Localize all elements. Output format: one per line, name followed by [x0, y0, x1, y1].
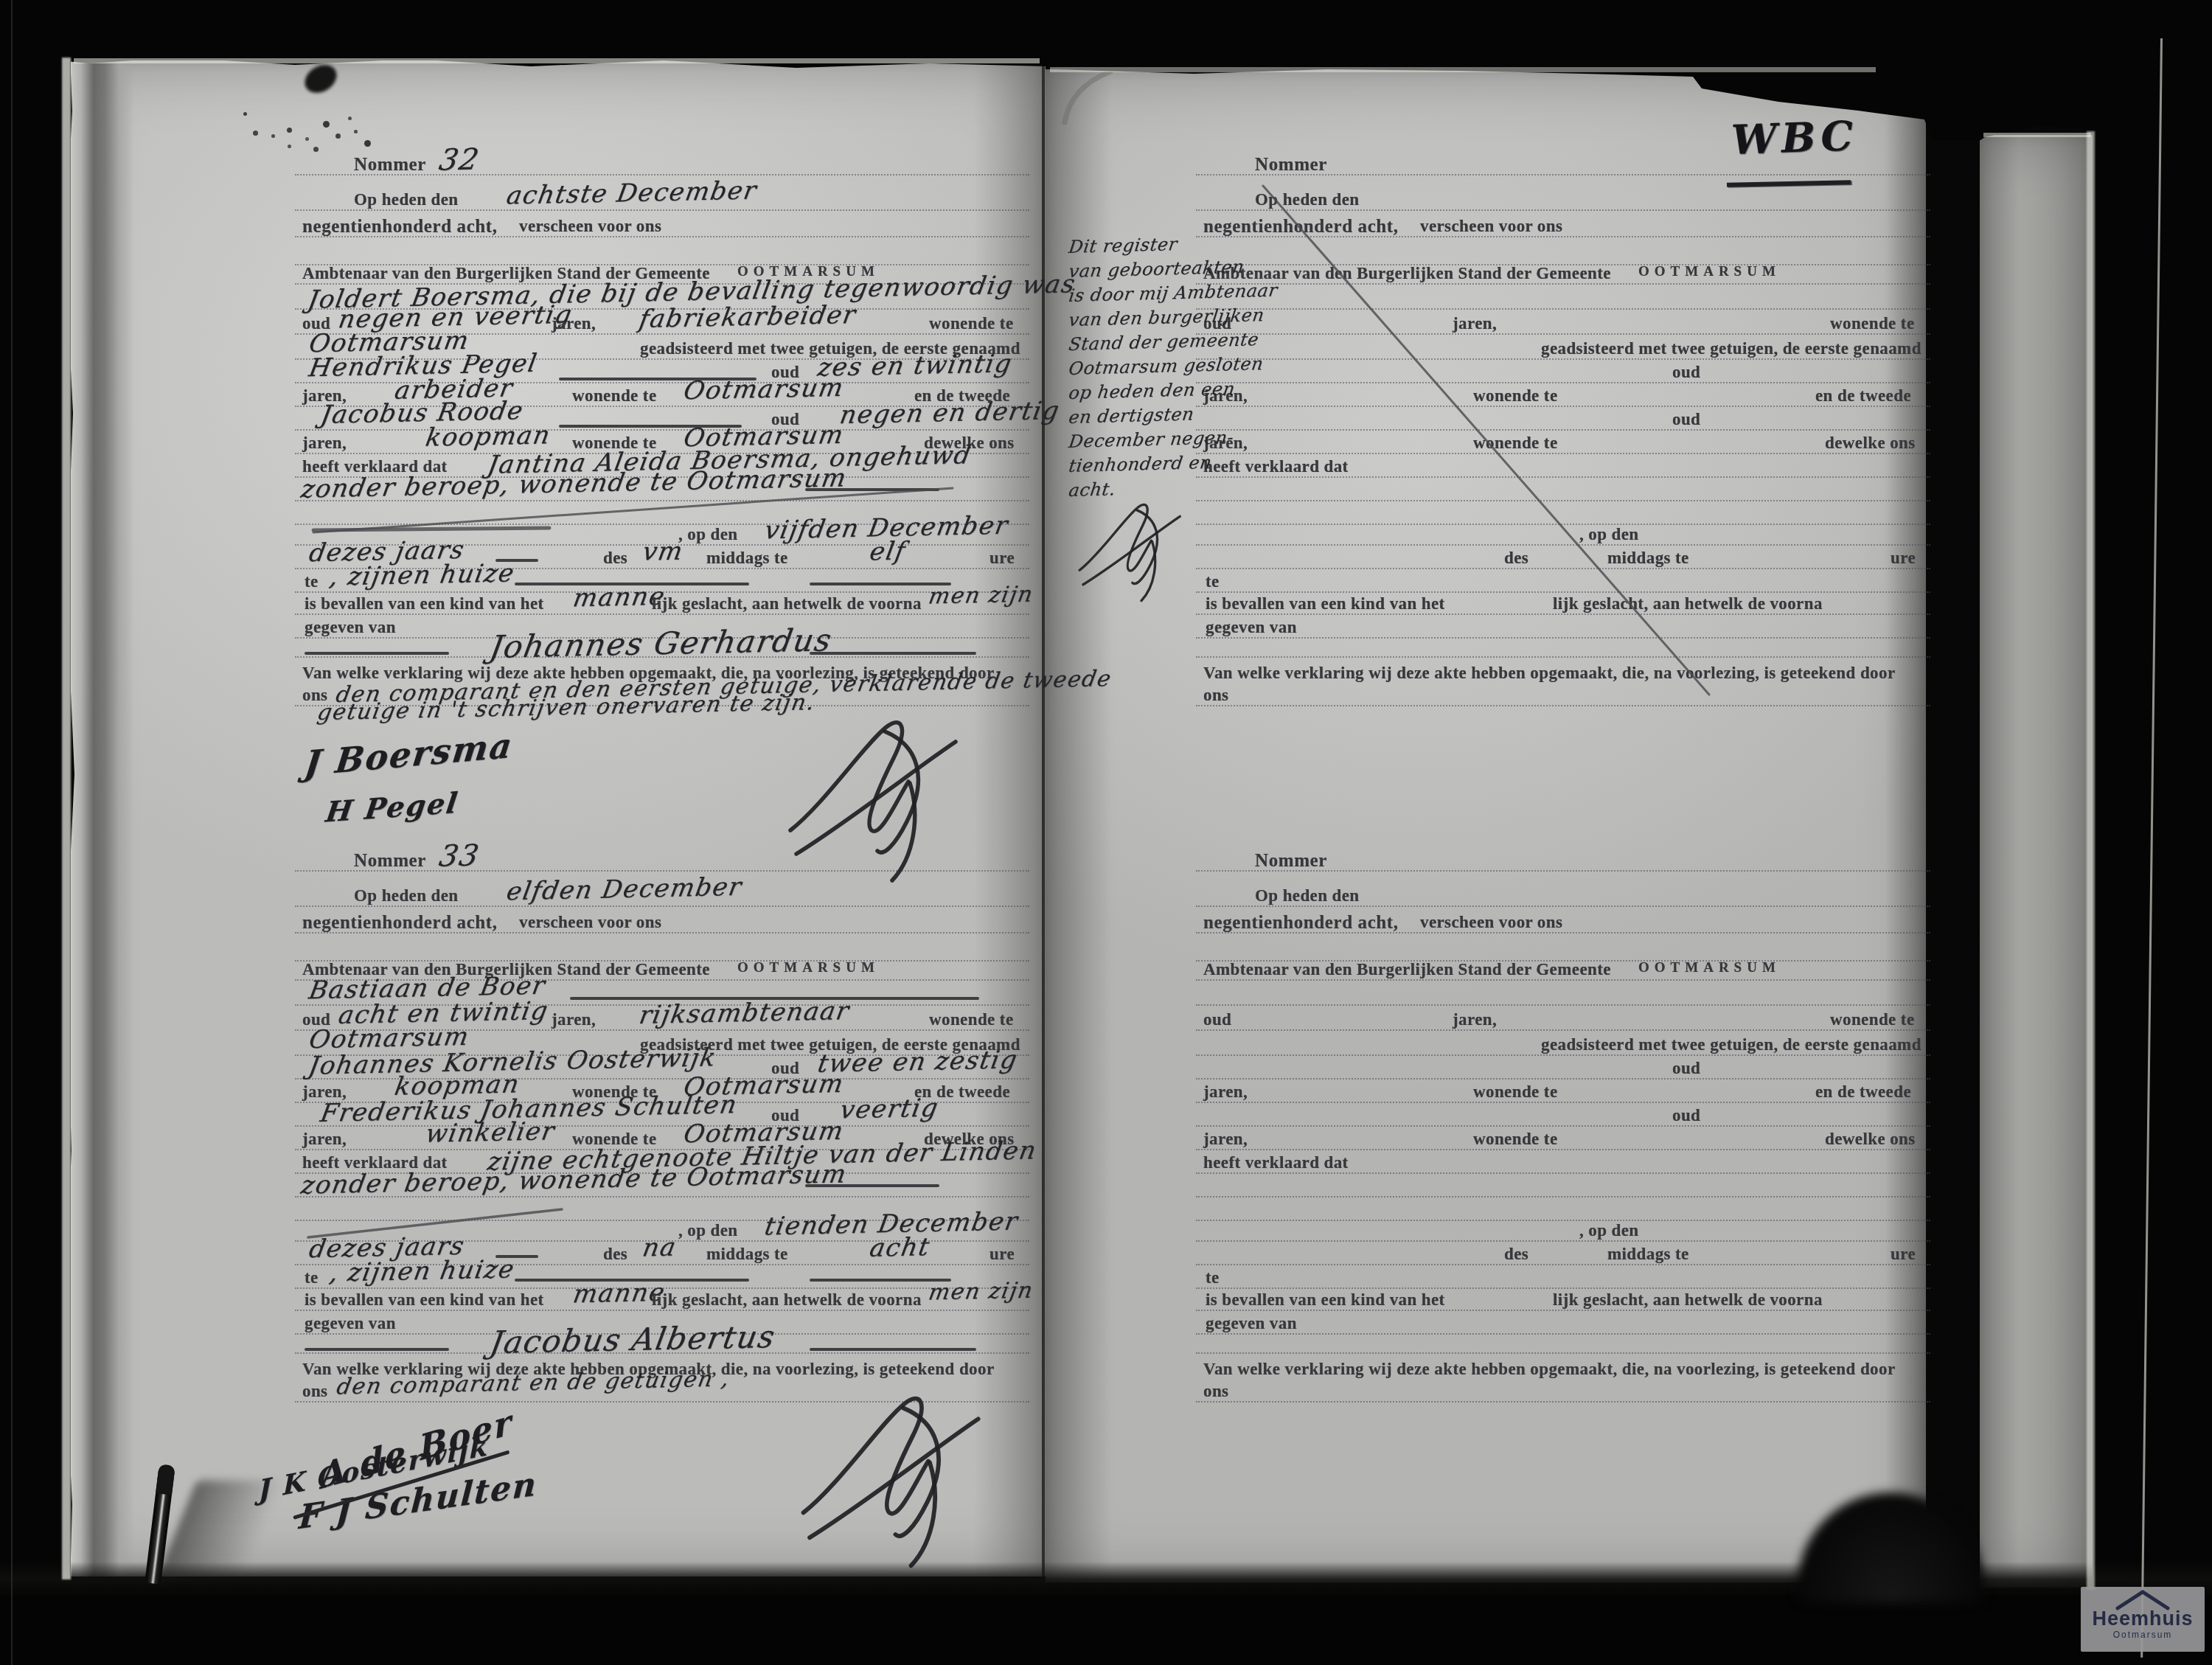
handwritten-getuige2_beroep: winkelier: [423, 1116, 557, 1149]
printed-label: is bevallen van een kind van het: [305, 1290, 544, 1310]
form-row: [1202, 1330, 1924, 1357]
form-row: oud: [1202, 407, 1924, 434]
ink-dash: [805, 488, 939, 491]
printed-label: te: [305, 572, 319, 591]
printed-label: jaren,: [302, 1130, 347, 1149]
printed-label: Op heden den: [1255, 886, 1360, 906]
printed-label: jaren,: [1453, 314, 1497, 333]
form-row: jaren,wonende teen de tweede: [1202, 383, 1924, 410]
form-row: Frederikus Johannes Schultenoudveertig: [301, 1103, 1023, 1130]
dotted-rule: [1196, 1002, 1930, 1006]
torn-edge-right: [2087, 131, 2095, 1590]
handwritten-getuige1_woonplaats: Ootmarsum: [681, 373, 846, 406]
handwritten-huize: , zijnen huize: [327, 1254, 517, 1287]
page-top-edge-right: [1050, 67, 1876, 72]
printed-label: dewelke ons: [1825, 434, 1916, 453]
printed-label: verscheen voor ons: [1420, 217, 1562, 236]
form-row: geadsisteerd met twee getuigen, de eerst…: [1202, 336, 1924, 363]
ink-dash: [810, 652, 976, 655]
handwritten-nommer: 33: [437, 838, 482, 873]
form-row: [1202, 703, 1924, 730]
printed-label: wonende te: [1473, 386, 1558, 406]
printed-label: des: [603, 1245, 627, 1264]
handwritten-beroep: rijksambtenaar: [637, 996, 852, 1030]
printed-label: , op den: [1579, 1221, 1639, 1240]
printed-label: , op den: [678, 1221, 738, 1240]
printed-label: en de tweede: [1815, 386, 1911, 406]
printed-label: heeft verklaard dat: [1203, 1153, 1349, 1172]
printed-label: te: [305, 1268, 319, 1287]
form-row: negentienhonderd acht,verscheen voor ons: [301, 214, 1023, 240]
form-row: Jacobus Albertus: [301, 1330, 1023, 1357]
binding-shadow-left: [71, 60, 134, 1577]
form-row: Ambtenaar van den Burgerlijken Stand der…: [1202, 261, 1924, 288]
handwritten-dagdeel: na: [640, 1233, 678, 1263]
handwritten-getuige2_beroep: koopman: [423, 420, 553, 453]
printed-label: middags te: [1607, 1245, 1689, 1264]
printed-label: negentienhonderd acht,: [302, 913, 498, 934]
register-closing-note: Dit registervan geboorteaktenis door mij…: [1069, 233, 1231, 501]
printed-label: en de tweede: [1815, 1082, 1911, 1102]
printed-label: oud: [1672, 1106, 1700, 1125]
register-scan: Nommer32Op heden denachtste Decembernege…: [0, 0, 2212, 1665]
underlying-page-edge: [1980, 135, 2093, 1588]
form-row: , op den: [1202, 1218, 1924, 1245]
ink-dash: [810, 583, 951, 585]
heemhuis-watermark: Heemhuis Ootmarsum: [2081, 1587, 2205, 1652]
printed-label: wonende te: [1830, 314, 1915, 333]
printed-label: jaren,: [302, 434, 347, 453]
printed-label: Van welke verklaring wij deze akte hebbe…: [1203, 1360, 1896, 1379]
film-scratch-dark: [11, 0, 13, 1665]
printed-label: OOTMARSUM: [1638, 264, 1781, 280]
printed-label: oud: [1672, 410, 1700, 429]
printed-label: ons: [302, 1382, 327, 1401]
handwritten-datum: achtste December: [504, 175, 759, 210]
form-row: desmiddags teure: [1202, 546, 1924, 572]
printed-label: verscheen voor ons: [519, 217, 661, 236]
printed-label: geadsisteerd met twee getuigen, de eerst…: [1541, 1035, 1921, 1054]
printed-label: geadsisteerd met twee getuigen, de eerst…: [1541, 339, 1921, 358]
printed-label: , op den: [1579, 525, 1639, 544]
printed-label: des: [1504, 1245, 1528, 1264]
printed-label: oud: [1672, 363, 1700, 382]
form-row: Ambtenaar van den Burgerlijken Stand der…: [1202, 957, 1924, 984]
archive-stamp: WBC: [1731, 111, 1858, 164]
handwritten-uur: acht: [867, 1232, 932, 1263]
form-row: negentienhonderd acht,verscheen voor ons: [1202, 910, 1924, 936]
printed-label: is bevallen van een kind van het: [1206, 594, 1445, 613]
page-top-edge-left: [74, 58, 1040, 63]
handwritten-uur: elf: [867, 537, 908, 567]
printed-label: jaren,: [1453, 1010, 1497, 1029]
form-row: oud: [1202, 360, 1924, 386]
registrar-signature: [776, 712, 967, 889]
form-row: Nommer: [1202, 848, 1924, 875]
form-row: zonder beroep, wonende te Ootmarsum: [301, 478, 1023, 504]
form-row: negentienhonderd acht,verscheen voor ons: [1202, 214, 1924, 240]
printed-label: Nommer: [354, 851, 426, 872]
dotted-rule: [1196, 654, 1930, 658]
form-row: Op heden den: [1202, 187, 1924, 214]
form-row: oud: [1202, 1103, 1924, 1130]
ink-dash: [305, 652, 449, 655]
form-row: negentienhonderd acht,verscheen voor ons: [301, 910, 1023, 936]
form-row: [1202, 478, 1924, 504]
watermark-subtitle: Ootmarsum: [2081, 1630, 2205, 1640]
printed-label: OOTMARSUM: [737, 960, 880, 976]
margin-note-signature: [1071, 498, 1187, 606]
printed-label: is bevallen van een kind van het: [1206, 1290, 1445, 1310]
registrar-signature: [787, 1388, 991, 1575]
handwritten-getuige2_leeftijd: negen en dertig: [838, 396, 1062, 430]
ink-dash: [810, 1348, 976, 1351]
form-row: heeft verklaard dat: [1202, 454, 1924, 481]
form-row: Johannes Gerhardus: [301, 634, 1023, 661]
house-roof-icon: [2113, 1589, 2172, 1611]
handwritten-dagdeel: vm: [640, 536, 686, 566]
form-row: jaren,wonende tedewelke ons: [1202, 1127, 1924, 1153]
printed-label: wonende te: [1473, 1082, 1558, 1102]
handwritten-kind: Jacobus Albertus: [487, 1318, 779, 1360]
printed-label: , op den: [678, 525, 738, 544]
printed-label: Van welke verklaring wij deze akte hebbe…: [1203, 664, 1896, 683]
printed-label: jaren,: [1203, 1130, 1248, 1149]
printed-label: middags te: [1607, 549, 1689, 568]
form-row: Jacobus Roodeoudnegen en dertig: [301, 407, 1023, 434]
handwritten-datum: elfden December: [504, 872, 745, 907]
form-row: geadsisteerd met twee getuigen, de eerst…: [1202, 1032, 1924, 1059]
form-row: oud: [1202, 1056, 1924, 1082]
form-row: [1202, 1174, 1924, 1200]
printed-label: verscheen voor ons: [1420, 913, 1562, 932]
form-row: [1202, 982, 1924, 1009]
ink-dash: [305, 1348, 449, 1351]
handwritten-getuige1_leeftijd: twee en zestig: [815, 1045, 1020, 1079]
printed-label: lijk geslacht, aan hetwelk de voorna: [652, 1290, 922, 1310]
printed-label: Nommer: [1255, 155, 1327, 175]
form-row: oudjaren,wonende te: [1202, 1007, 1924, 1034]
printed-label: lijk geslacht, aan hetwelk de voorna: [1553, 594, 1823, 613]
handwritten-beroep: fabriekarbeider: [637, 300, 858, 334]
printed-label: te: [1206, 1268, 1220, 1287]
printed-label: Op heden den: [1255, 190, 1360, 209]
printed-label: middags te: [706, 549, 788, 568]
printed-label: lijk geslacht, aan hetwelk de voorna: [652, 594, 922, 613]
printed-label: Op heden den: [354, 886, 459, 906]
dotted-rule: [1196, 331, 1930, 335]
form-row: Op heden denachtste December: [301, 187, 1023, 214]
dotted-rule: [1196, 1027, 1930, 1031]
ink-specks: [243, 112, 247, 116]
handwritten-voornamen_rest: men zijn: [927, 1278, 1036, 1306]
printed-label: wonende te: [1473, 434, 1558, 453]
form-row: Nommer32: [301, 152, 1023, 178]
handwritten-huize: , zijnen huize: [327, 558, 517, 591]
handwritten-nommer: 32: [437, 142, 482, 177]
printed-label: verscheen voor ons: [519, 913, 661, 932]
printed-label: is bevallen van een kind van het: [305, 594, 544, 613]
printed-label: ons: [1203, 686, 1228, 705]
form-row: [1202, 286, 1924, 313]
form-row: is bevallen van een kind van hetmannelij…: [301, 591, 1023, 618]
printed-label: ure: [990, 1245, 1015, 1264]
dotted-rule: [1196, 306, 1930, 310]
form-row: desmiddags teure: [1202, 1242, 1924, 1268]
printed-label: wonende te: [572, 386, 657, 406]
ink-dash: [805, 1184, 939, 1187]
form-row: is bevallen van een kind van hetlijk ges…: [1202, 591, 1924, 618]
printed-label: oud: [1672, 1059, 1700, 1078]
printed-label: wonende te: [929, 1010, 1014, 1029]
printed-label: te: [1206, 572, 1220, 591]
printed-label: middags te: [706, 1245, 788, 1264]
form-row: [1202, 1400, 1924, 1426]
printed-label: ure: [990, 549, 1015, 568]
torn-edge-left: [62, 58, 71, 1579]
printed-label: oud: [1203, 1010, 1231, 1029]
handwritten-kind: Johannes Gerhardus: [487, 622, 835, 665]
printed-label: dewelke ons: [1825, 1130, 1916, 1149]
handwritten-voornamen_rest: men zijn: [927, 582, 1036, 610]
printed-label: lijk geslacht, aan hetwelk de voorna: [1553, 1290, 1823, 1310]
form-row: zonder beroep, wonende te Ootmarsum: [301, 1174, 1023, 1200]
form-row: Op heden den: [1202, 883, 1924, 910]
dotted-rule: [1196, 1350, 1930, 1354]
printed-label: jaren,: [552, 1010, 596, 1029]
form-row: heeft verklaard dat: [1202, 1150, 1924, 1177]
printed-label: Nommer: [354, 155, 426, 175]
printed-label: wonende te: [1830, 1010, 1915, 1029]
form-row: , op den: [1202, 522, 1924, 549]
printed-label: wonende te: [1473, 1130, 1558, 1149]
page-top-edge-strip: [1983, 133, 2091, 137]
printed-label: ure: [1891, 1245, 1916, 1264]
form-row: is bevallen van een kind van hetmannelij…: [301, 1287, 1023, 1314]
printed-label: Op heden den: [354, 190, 459, 209]
printed-label: negentienhonderd acht,: [302, 217, 498, 237]
printed-label: jaren,: [1203, 1082, 1248, 1102]
printed-label: wonende te: [929, 314, 1014, 333]
printed-label: ure: [1891, 549, 1916, 568]
handwritten-getuige2_leeftijd: veertig: [838, 1094, 941, 1125]
form-row: is bevallen van een kind van hetlijk ges…: [1202, 1287, 1924, 1314]
form-row: oudjaren,wonende te: [1202, 311, 1924, 338]
printed-label: des: [603, 549, 627, 568]
form-row: jaren,wonende tedewelke ons: [1202, 431, 1924, 457]
printed-label: Nommer: [1255, 851, 1327, 872]
form-row: jaren,wonende teen de tweede: [1202, 1080, 1924, 1106]
printed-label: negentienhonderd acht,: [1203, 913, 1399, 934]
printed-label: ons: [1203, 1382, 1228, 1401]
ink-dash: [810, 1279, 951, 1282]
printed-label: OOTMARSUM: [1638, 960, 1781, 976]
printed-label: des: [1504, 549, 1528, 568]
printed-label: Ambtenaar van den Burgerlijken Stand der…: [1203, 960, 1611, 979]
printed-label: jaren,: [552, 314, 596, 333]
form-row: [1202, 634, 1924, 661]
